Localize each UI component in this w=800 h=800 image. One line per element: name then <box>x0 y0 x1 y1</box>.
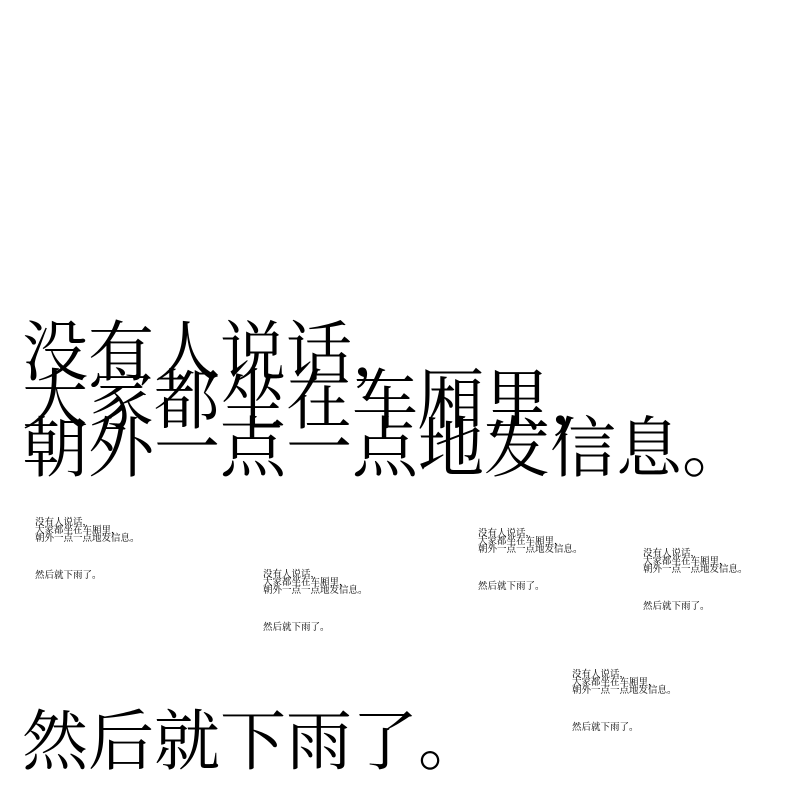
mini-poem-line-3: 朝外一点一点地发信息。 <box>572 687 677 695</box>
poem-line-4-large: 然后就下雨了。 <box>22 719 484 767</box>
poem-line-3-large: 朝外一点一点地发信息。 <box>22 426 748 474</box>
mini-poem-copy-1: 没有人说话， 大家都坐在车厢里， 朝外一点一点地发信息。 然后就下雨了。 <box>35 519 140 580</box>
poem-poster-canvas: 没有人说话， 大家都坐在车厢里， 朝外一点一点地发信息。 然后就下雨了。 没有人… <box>0 0 800 800</box>
mini-poem-line-4: 然后就下雨了。 <box>478 583 583 591</box>
mini-poem-copy-3: 没有人说话， 大家都坐在车厢里， 朝外一点一点地发信息。 然后就下雨了。 <box>478 530 583 591</box>
mini-poem-line-4: 然后就下雨了。 <box>643 603 748 611</box>
mini-poem-line-3: 朝外一点一点地发信息。 <box>478 546 583 554</box>
mini-poem-copy-5: 没有人说话， 大家都坐在车厢里， 朝外一点一点地发信息。 然后就下雨了。 <box>572 671 677 732</box>
mini-poem-line-3: 朝外一点一点地发信息。 <box>35 535 140 543</box>
mini-poem-line-4: 然后就下雨了。 <box>35 572 140 580</box>
headline-stanza: 没有人说话， 大家都坐在车厢里， 朝外一点一点地发信息。 <box>22 330 748 474</box>
mini-poem-copy-4: 没有人说话， 大家都坐在车厢里， 朝外一点一点地发信息。 然后就下雨了。 <box>643 550 748 611</box>
mini-poem-line-4: 然后就下雨了。 <box>263 624 368 632</box>
mini-poem-line-3: 朝外一点一点地发信息。 <box>263 587 368 595</box>
mini-poem-line-3: 朝外一点一点地发信息。 <box>643 566 748 574</box>
mini-poem-copy-2: 没有人说话， 大家都坐在车厢里， 朝外一点一点地发信息。 然后就下雨了。 <box>263 571 368 632</box>
mini-poem-line-4: 然后就下雨了。 <box>572 724 677 732</box>
